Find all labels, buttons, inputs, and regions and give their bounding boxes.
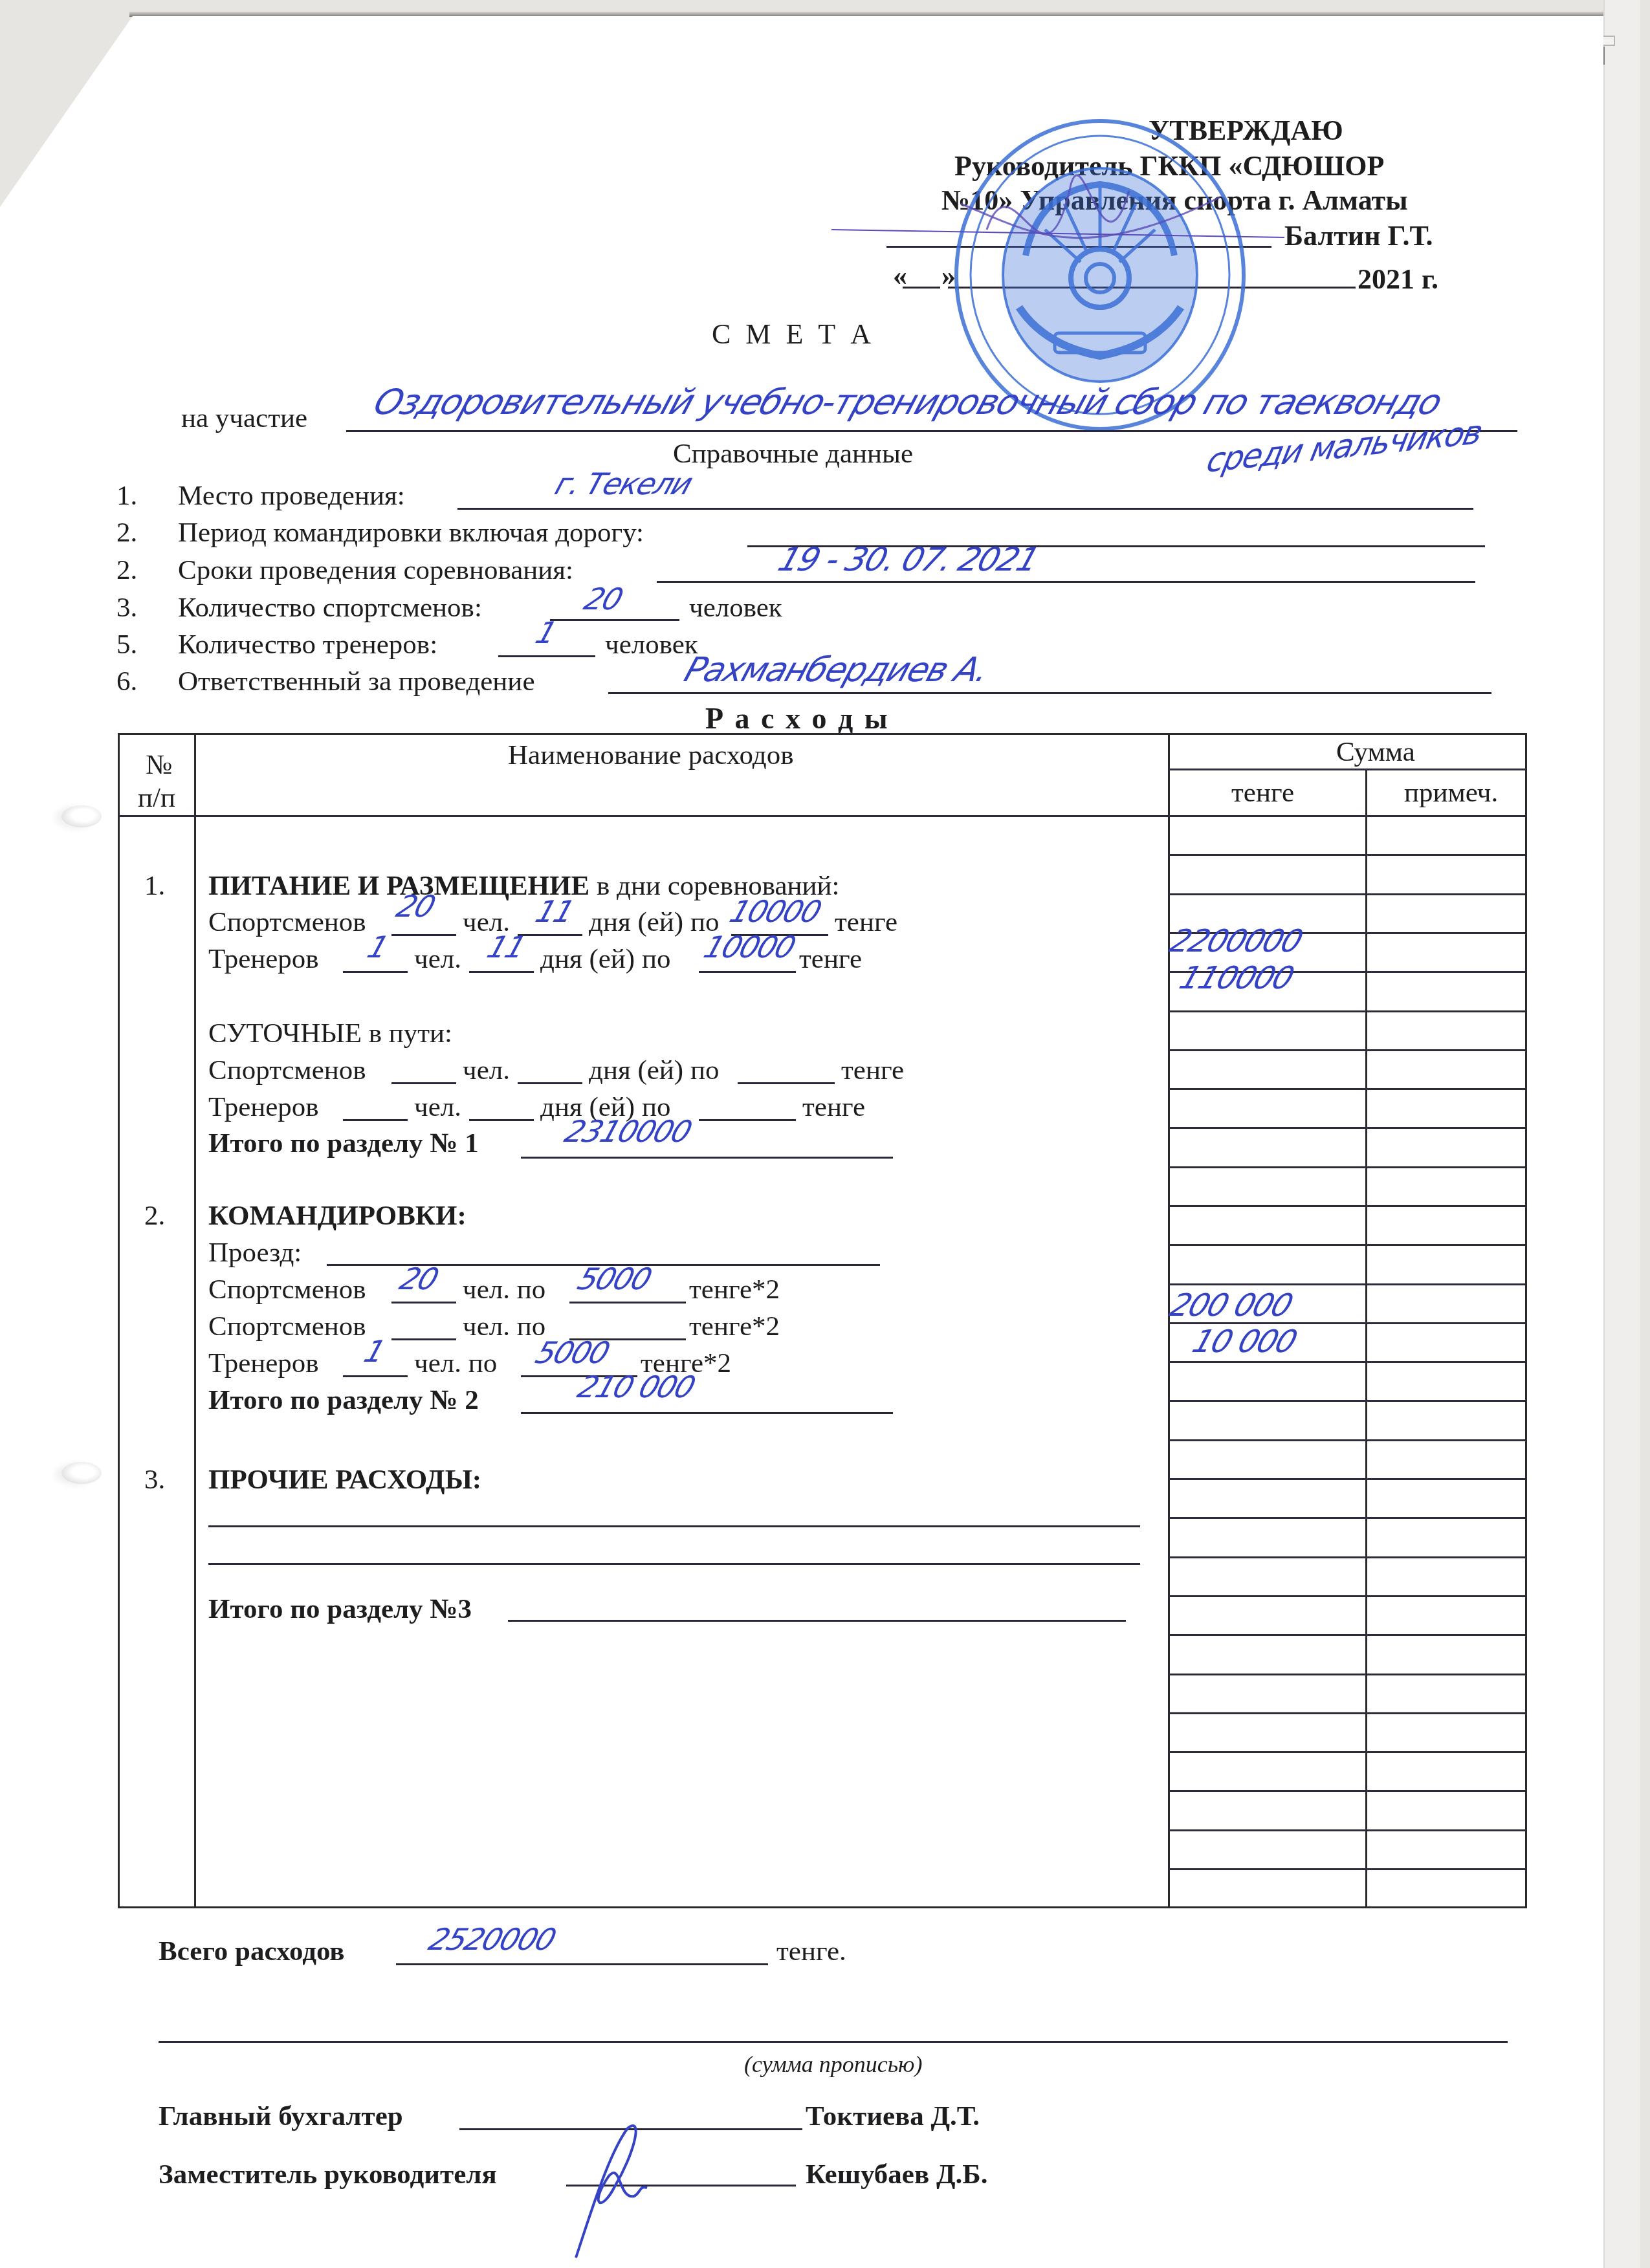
ref-num: 2. [116,519,137,547]
sum-row-line [1168,1400,1525,1402]
amount-athletes-lodging[interactable]: 2200000 [1166,926,1305,957]
word-chel: чел. [414,945,461,973]
sum-row-line [1168,1595,1525,1597]
word-tenge: тенге [835,908,897,936]
section3-total-line[interactable] [508,1620,1126,1622]
grand-total-value[interactable]: 2520000 [426,1925,559,1954]
blank-line[interactable] [518,1082,582,1084]
col-divider-sum [1365,769,1367,1906]
ref-coaches-label: Количество тренеров: [178,631,437,659]
section1-title-bold: ПИТАНИЕ И РАЗМЕЩЕНИЕ [208,871,589,901]
amount-in-words-caption: (сумма прописью) [744,2053,922,2076]
expenses-heading: Р а с х о д ы [705,704,890,734]
grand-total-label: Всего расходов [159,1937,345,1965]
col-header-note: примеч. [1404,779,1498,807]
section1-total-line [521,1157,893,1159]
ref-num: 5. [116,631,137,659]
reference-heading: Справочные данные [673,440,913,468]
punch-hole [61,805,102,827]
sum-row-line [1168,1790,1525,1792]
expenses-table: № п/п Наименование расходов Сумма тенге … [118,733,1527,1908]
ref-athletes-label: Количество спортсменов: [178,594,482,622]
edge-tick [1603,47,1605,65]
blank-line [699,971,796,973]
row-who: Тренеров [208,1093,319,1121]
amount-athletes-travel[interactable]: 200 000 [1166,1290,1295,1321]
word-days: дня (ей) по [540,945,670,973]
rate-value[interactable]: 5000 [533,1338,613,1368]
section2-total-label: Итого по разделу № 2 [208,1386,479,1414]
participation-label: на участие [181,404,307,432]
col-divider-num [194,735,196,1906]
section1-total-value[interactable]: 2310000 [562,1117,695,1146]
word-tenge: тенге [799,945,862,973]
row-who: Спортсменов [208,1276,366,1303]
blank-line [343,1375,408,1377]
ref-coaches-value[interactable]: 1 [533,618,560,648]
sum-row-line [1168,1712,1525,1714]
ref-coaches-line [498,655,595,657]
col-header-name: Наименование расходов [508,741,794,769]
accountant-label: Главный бухгалтер [159,2102,403,2130]
rate-value[interactable]: 10000 [701,932,798,962]
word-chel: чел. [414,1093,461,1121]
ref-responsible-value[interactable]: Рахманбердиев А. [681,653,993,687]
grand-total-suffix: тенге. [776,1937,846,1965]
blank-line [343,971,408,973]
ref-period-label: Период командировки включая дорогу: [178,519,644,547]
sum-row-line [1168,1868,1525,1870]
date-day-line [903,287,940,289]
ref-num: 1. [116,482,137,510]
section2-total-line [521,1412,893,1414]
word-days: дня (ей) по [589,908,719,936]
amount-coaches-lodging[interactable]: 110000 [1176,963,1297,994]
header-bottom-line [120,815,1525,817]
section1-total-label: Итого по разделу № 1 [208,1129,479,1157]
ref-athletes-value[interactable]: 20 [581,584,626,614]
ref-athletes-line [550,619,679,621]
ref-dates-label: Сроки проведения соревнования: [178,556,573,584]
sum-row-line [1168,1517,1525,1519]
section-num: 3. [144,1466,165,1494]
blank-line [391,934,456,936]
grand-total-line [396,1963,768,1965]
header-split-line [1168,769,1525,770]
word-chel-po: чел. по [414,1349,497,1377]
ref-place-label: Место проведения: [178,482,405,510]
punch-hole [61,1462,102,1484]
approval-year: 2021 г. [1358,265,1438,294]
ref-num: 6. [116,668,137,695]
sum-row-line [1168,1674,1525,1675]
other-expenses-line-2[interactable] [208,1563,1140,1565]
word-mult: тенге*2 [689,1313,780,1340]
document-page: УТВЕРЖДАЮ Руководитель ГККП «СДЮШОР №10»… [0,16,1603,2268]
blank-line[interactable] [469,1119,534,1121]
sum-row-line [1168,1634,1525,1636]
sum-row-line [1168,1361,1525,1363]
sum-row-line [1168,1205,1525,1207]
blank-line[interactable] [391,1338,456,1340]
section-num: 1. [144,872,165,900]
ref-dates-line [657,581,1475,583]
section3-total-label: Итого по разделу №3 [208,1595,472,1623]
col-header-sum: Сумма [1336,738,1415,766]
section-num: 2. [144,1202,165,1230]
deputy-signature-icon[interactable] [563,2115,654,2264]
word-chel-po: чел. по [463,1276,545,1303]
sum-row-line [1168,1244,1525,1246]
word-tenge: тенге [802,1093,865,1121]
sum-row-line [1168,854,1525,856]
row-who: Тренеров [208,1349,319,1377]
word-mult: тенге*2 [689,1276,780,1303]
col-header-num-top: № [146,751,172,779]
word-days: дня (ей) по [589,1056,719,1084]
rate-value[interactable]: 10000 [727,897,824,926]
sum-row-line [1168,1439,1525,1441]
word-tenge: тенге [841,1056,904,1084]
ref-place-line [457,508,1473,510]
rate-value[interactable]: 5000 [575,1264,655,1294]
ref-dates-value[interactable]: 19 - 30. 07. 2021 [775,543,1042,576]
amount-in-words-line[interactable] [159,2041,1508,2043]
row-who: Спортсменов [208,1056,366,1084]
deputy-label: Заместитель руководителя [159,2161,497,2188]
travel-label: Проезд: [208,1239,302,1267]
sum-row-line [1168,1283,1525,1285]
ref-num: 3. [116,594,137,622]
deputy-name: Кешубаев Д.Б. [806,2161,987,2188]
ref-responsible-label: Ответственный за проведение [178,668,534,695]
section3-title: ПРОЧИЕ РАСХОДЫ: [208,1466,481,1494]
sum-row-line [1168,893,1525,895]
amount-coaches-travel[interactable]: 10 000 [1189,1326,1300,1357]
section2-title: КОМАНДИРОВКИ: [208,1202,467,1230]
ref-athletes-suffix: человек [689,594,782,622]
sum-row-line [1168,1478,1525,1480]
sum-row-line [1168,1127,1525,1129]
scanner-edge [1603,0,1640,2268]
sum-row-line [1168,1010,1525,1012]
sum-row-line [1168,1829,1525,1831]
ref-num: 2. [116,556,137,584]
word-chel: чел. [463,1056,510,1084]
blank-line[interactable] [391,1082,456,1084]
per-diem-title: СУТОЧНЫЕ в пути: [208,1020,452,1047]
col-header-num-bottom: п/п [138,784,175,812]
document-title: С М Е Т А [712,320,875,349]
blank-line [391,1302,456,1303]
ref-responsible-line [608,692,1491,694]
sum-row-line [1168,1088,1525,1090]
sum-row-line [1168,1751,1525,1753]
ref-coaches-suffix: человек [605,631,698,659]
sum-row-line [1168,1049,1525,1051]
blank-line [569,1302,686,1303]
row-who: Спортсменов [208,908,366,936]
section2-total-value[interactable]: 210 000 [575,1372,698,1402]
ref-place-value[interactable]: г. Текели [552,469,696,499]
row-who: Спортсменов [208,1313,366,1340]
page-shadow [129,12,1605,17]
word-chel-po: чел. по [463,1313,545,1340]
accountant-name: Токтиева Д.Т. [806,2102,980,2130]
sum-row-line [1168,1556,1525,1558]
row-who: Тренеров [208,945,319,973]
approver-name: Балтин Г.Т. [1284,222,1433,250]
blank-line[interactable] [343,1119,408,1121]
people-value[interactable]: 1 [364,932,391,962]
other-expenses-line-1[interactable] [208,1525,1140,1527]
blank-line[interactable] [738,1082,835,1084]
col-header-tenge: тенге [1231,779,1294,807]
blank-line[interactable] [699,1119,796,1121]
edge-mark [1602,36,1615,46]
sum-row-line [1168,1166,1525,1168]
participation-value-1: Оздоровительный учебно-тренировочный сбо… [369,385,1445,420]
people-value[interactable]: 20 [397,1264,441,1294]
blank-line [469,971,534,973]
